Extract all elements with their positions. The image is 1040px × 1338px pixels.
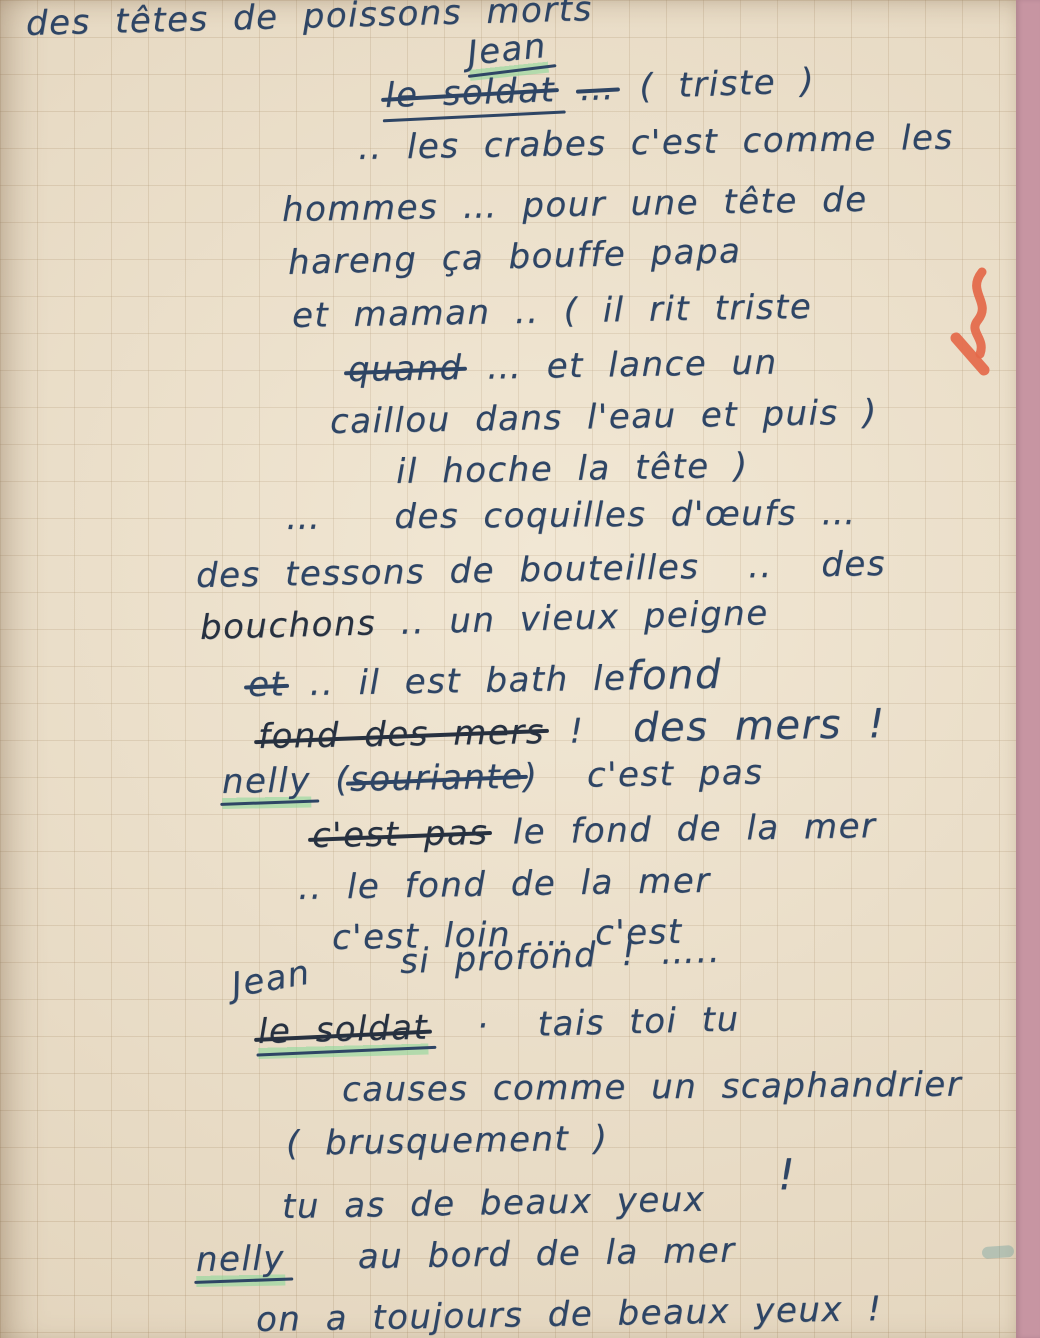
handwriting-segment: on a toujours de beaux yeux ! bbox=[256, 1289, 883, 1338]
red-ink-mark bbox=[938, 266, 1000, 392]
manuscript-line: fond des mers ! des mers ! bbox=[258, 701, 886, 758]
handwriting-segment: ( brusquement ) bbox=[286, 1118, 609, 1164]
manuscript-line: .. les crabes c'est comme les bbox=[358, 118, 954, 168]
handwriting-segment: .. le fond de la mer bbox=[298, 861, 711, 908]
handwriting-segment: ! bbox=[545, 710, 634, 752]
handwriting-segment: hareng ça bouffe papa bbox=[287, 231, 741, 283]
manuscript-line: … des coquilles d'œufs … bbox=[286, 493, 857, 538]
handwriting-segment: fond des mers bbox=[258, 712, 546, 757]
manuscript-line: hommes … pour une tête de bbox=[282, 180, 868, 230]
speaker-insert-jean: Jean bbox=[229, 953, 314, 1006]
handwriting-segment: … et lance un bbox=[462, 343, 778, 388]
handwriting-segment: causes comme un scaphandrier bbox=[342, 1065, 963, 1110]
handwriting-segment: c'est pas bbox=[312, 813, 489, 856]
handwriting-segment: ! bbox=[777, 1151, 796, 1200]
scanned-manuscript-view: { "colors":{ "paper":"#ebdfc9", "mat":"#… bbox=[0, 0, 1040, 1338]
manuscript-line: causes comme un scaphandrier bbox=[342, 1065, 963, 1110]
handwriting-segment: tu as de beaux yeux bbox=[282, 1178, 779, 1227]
handwriting-segment: quand bbox=[348, 348, 463, 390]
manuscript-line: des tessons de bouteilles .. des bbox=[196, 544, 887, 596]
handwriting-segment: bouchons bbox=[199, 603, 376, 648]
handwriting-segment: tais toi tu bbox=[537, 999, 740, 1044]
handwriting-segment: … des coquilles d'œufs … bbox=[286, 493, 857, 538]
handwriting-segment: .. un vieux peigne bbox=[376, 593, 770, 643]
manuscript-line: quand … et lance un bbox=[348, 343, 778, 390]
handwriting-segment: ) c'est pas bbox=[523, 753, 763, 797]
handwriting-segment: le fond de la mer bbox=[488, 806, 877, 853]
manuscript-line: et .. il est bath le fond bbox=[248, 652, 723, 706]
speaker-struck-le-soldat: le soldat bbox=[257, 1008, 429, 1059]
manuscript-page: des têtes de poissons mortsJeanle soldat… bbox=[0, 0, 1016, 1338]
handwriting-segment: · bbox=[428, 1005, 539, 1048]
pink-mat-border bbox=[1016, 0, 1040, 1338]
handwriting-segment: il hoche la tête ) bbox=[396, 446, 749, 492]
handwriting-segment: .. il est bath le bbox=[285, 658, 627, 704]
speech-nelly: nelly au bord de la mer bbox=[196, 1231, 737, 1287]
manuscript-line: et maman .. ( il rit triste bbox=[292, 287, 813, 336]
blue-smudge-mark bbox=[982, 1245, 1015, 1259]
manuscript-line: le soldat … ( triste ) bbox=[384, 61, 816, 116]
handwriting-segment: des mers ! bbox=[633, 701, 887, 751]
handwriting-segment: ( bbox=[311, 760, 351, 801]
handwriting-segment: fond bbox=[626, 652, 722, 700]
handwriting-segment: Jean bbox=[229, 953, 314, 1006]
handwriting-segment: ( triste ) bbox=[614, 61, 815, 108]
handwriting-segment: et bbox=[248, 664, 286, 705]
handwriting-segment: au bord de la mer bbox=[285, 1231, 736, 1279]
handwriting-segment: .. les crabes c'est comme les bbox=[358, 118, 954, 168]
handwriting-segment: … bbox=[579, 68, 616, 109]
speech-nelly: nelly ( souriante ) c'est pas bbox=[222, 753, 764, 809]
handwriting-segment: et maman .. ( il rit triste bbox=[292, 287, 813, 336]
manuscript-line: c'est pas le fond de la mer bbox=[312, 806, 877, 856]
manuscript-line: hareng ça bouffe papa bbox=[287, 231, 741, 283]
handwriting-segment: caillou dans l'eau et puis ) bbox=[330, 392, 878, 442]
manuscript-line: tu as de beaux yeux ! bbox=[282, 1171, 798, 1229]
handwriting-segment: le soldat bbox=[384, 70, 556, 116]
manuscript-line: caillou dans l'eau et puis ) bbox=[330, 392, 878, 442]
speaker-nelly: nelly bbox=[222, 760, 312, 809]
handwriting-segment: souriante bbox=[350, 757, 524, 800]
manuscript-line: on a toujours de beaux yeux ! bbox=[256, 1289, 883, 1338]
speaker-nelly: nelly bbox=[196, 1238, 286, 1287]
manuscript-line: ( brusquement ) bbox=[286, 1118, 609, 1164]
speech-jean: le soldat · tais toi tu bbox=[257, 999, 740, 1059]
handwriting-segment: hommes … pour une tête de bbox=[282, 180, 868, 230]
handwriting-segment: des tessons de bouteilles .. des bbox=[196, 544, 887, 596]
manuscript-line: il hoche la tête ) bbox=[396, 446, 749, 492]
manuscript-line: .. le fond de la mer bbox=[298, 861, 711, 908]
manuscript-line: bouchons .. un vieux peigne bbox=[199, 593, 769, 648]
